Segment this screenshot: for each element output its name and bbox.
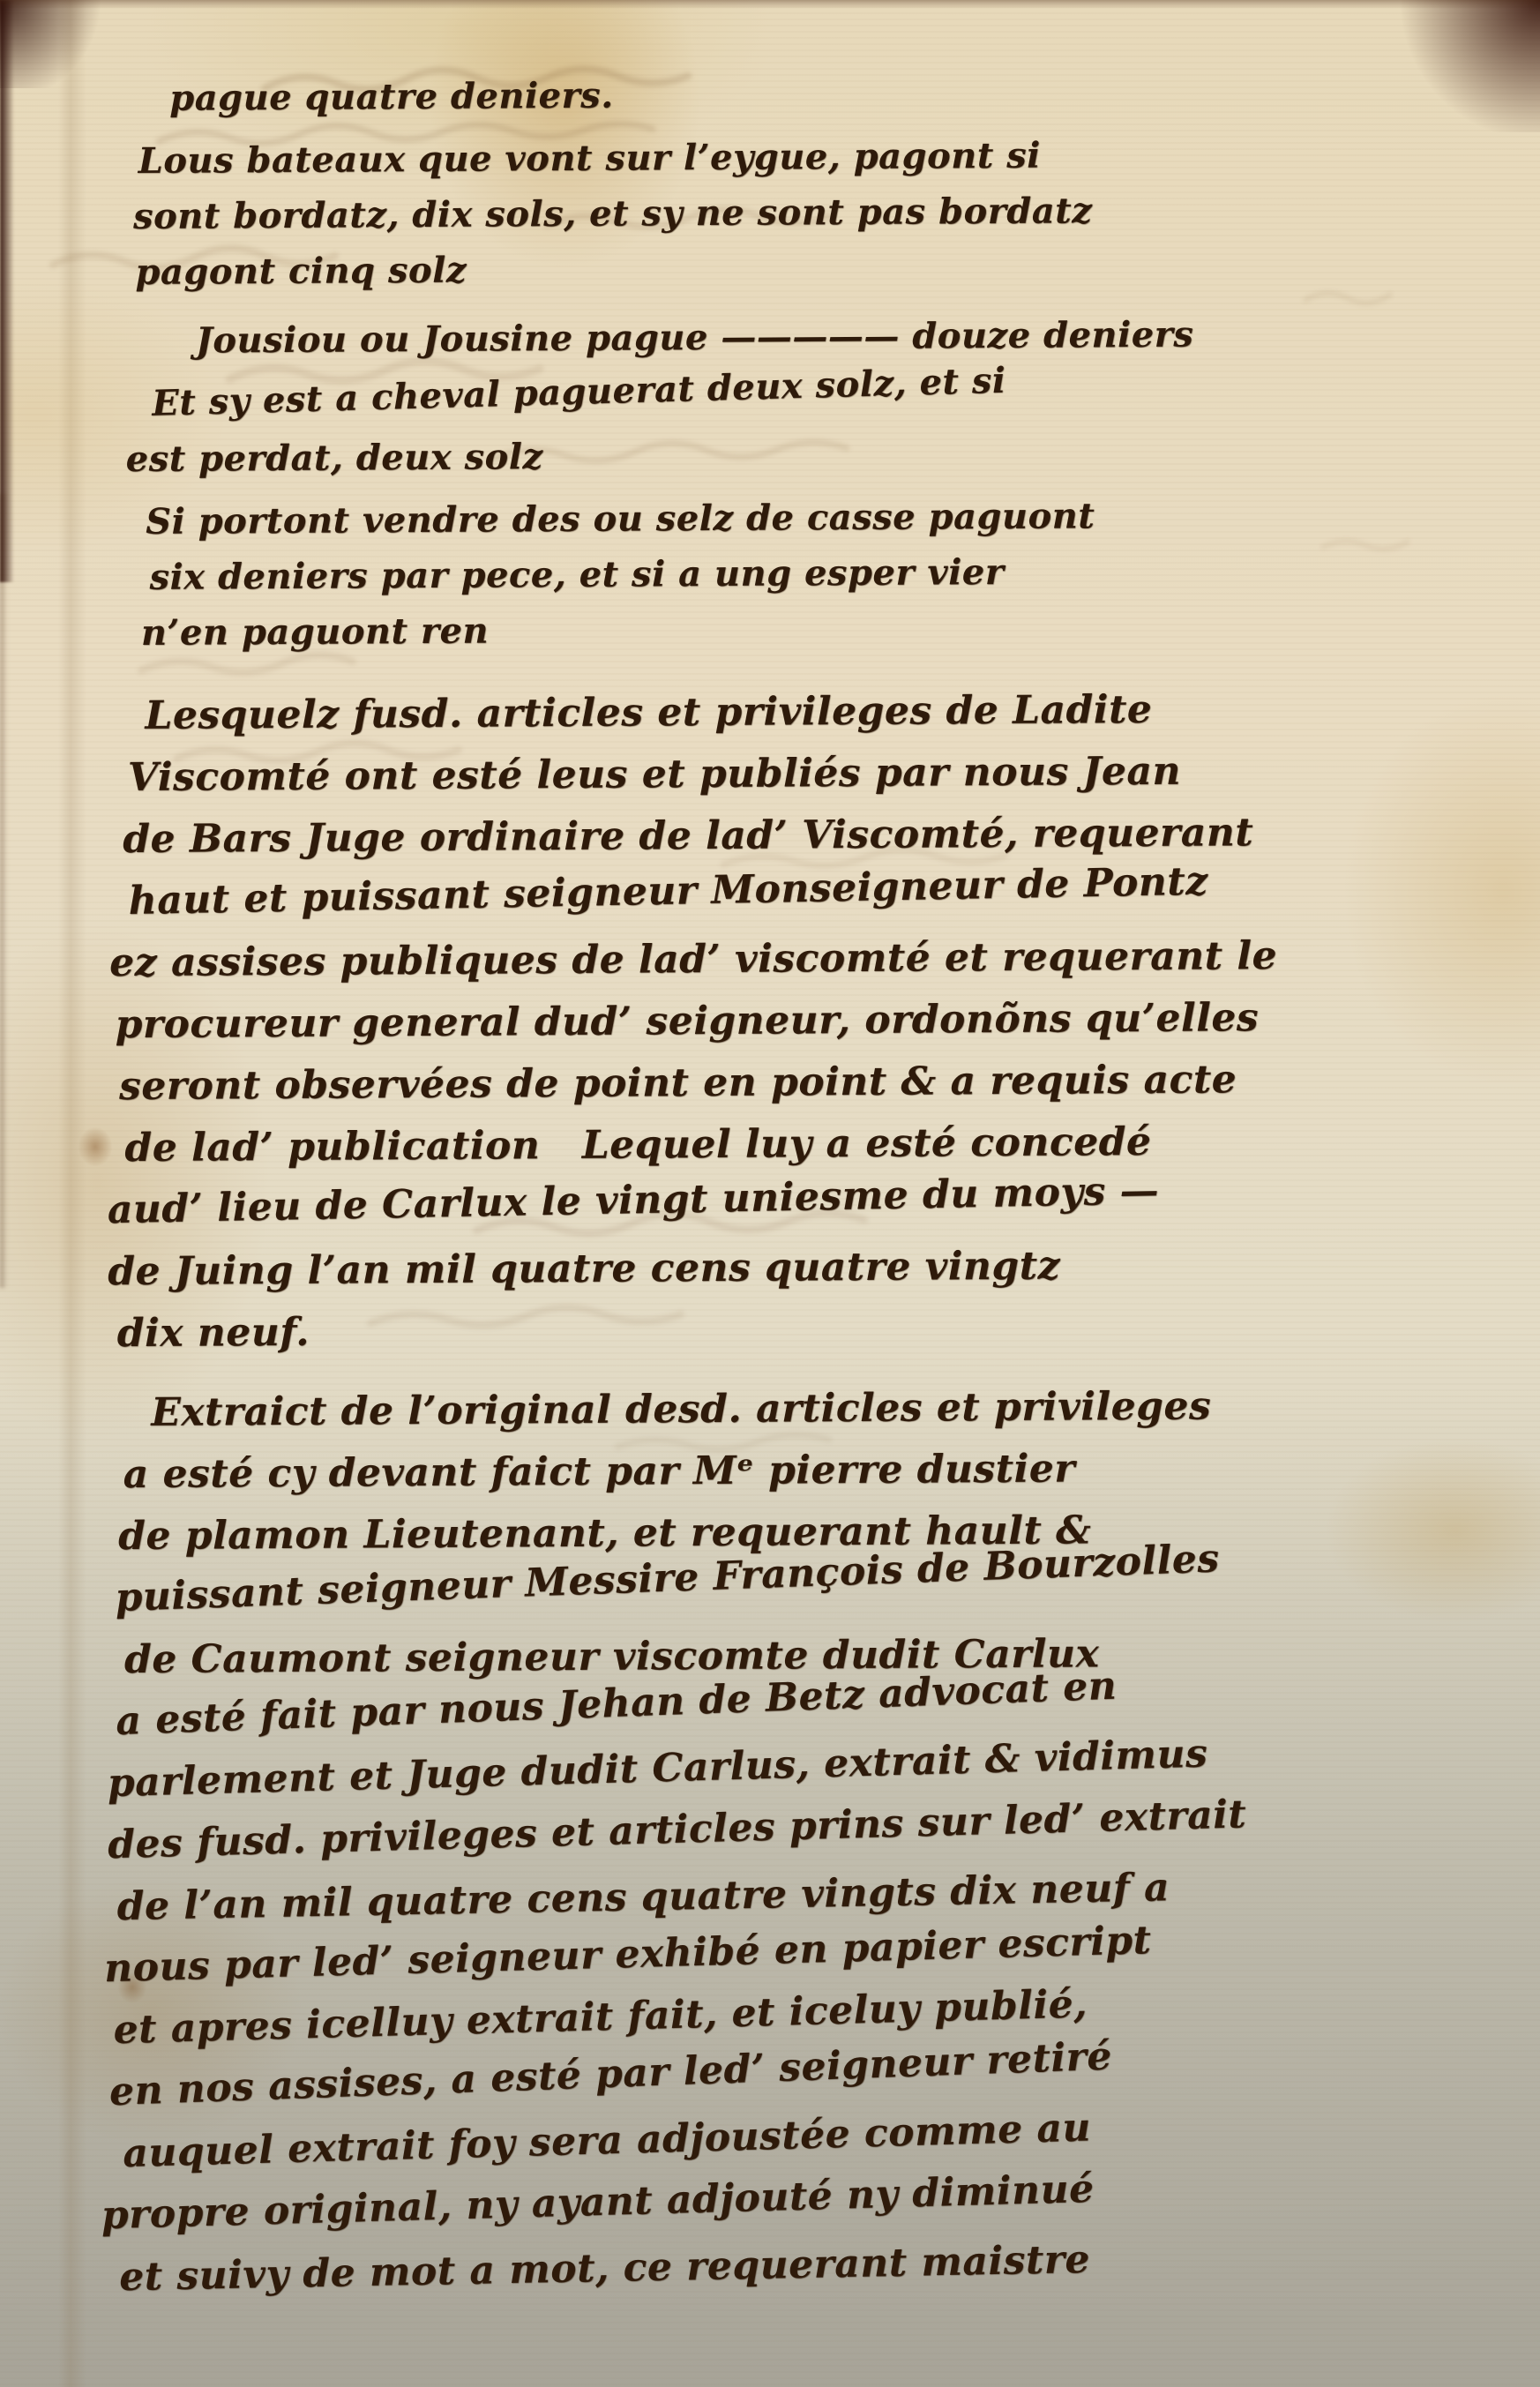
paragraph: pague quatre deniers. — [132, 63, 1420, 126]
manuscript-text: pague quatre deniers. Lous bateaux que v… — [132, 63, 1433, 2308]
paragraph: Si portont vendre des ou selz de casse p… — [135, 486, 1424, 661]
paragraph: Lesquelz fusd. articles et privileges de… — [136, 677, 1428, 1365]
page-edge-left-shadow — [0, 0, 14, 582]
text-line: pague quatre deniers. — [169, 63, 1420, 126]
text-line: Extraict de l’original desd. articles et… — [151, 1374, 1428, 1444]
text-line: sont bordatz, dix sols, et sy ne sont pa… — [133, 181, 1421, 244]
page-edge-left-shadow-lower — [0, 494, 7, 1288]
text-line: dix neuf. — [117, 1295, 1428, 1365]
text-line: pagont cinq solz — [135, 236, 1421, 300]
text-line: Viscomté ont esté leus et publiés par no… — [128, 739, 1424, 809]
text-line: procureur general dud’ seigneur, ordonõn… — [115, 986, 1425, 1056]
text-line: de Juing l’an mil quatre cens quatre vin… — [108, 1233, 1427, 1303]
text-line: est perdat, deux solz — [125, 423, 1422, 487]
text-line: six deniers par pece, et si a ung esper … — [149, 542, 1423, 605]
text-line: Lesquelz fusd. articles et privileges de… — [145, 677, 1424, 747]
corner-shadow-top-left — [0, 0, 115, 88]
manuscript-page: pague quatre deniers. Lous bateaux que v… — [0, 0, 1540, 2387]
paragraph: Lous bateaux que vont sur l’eygue, pagon… — [132, 125, 1421, 300]
text-line: n’en paguont ren — [141, 597, 1424, 661]
text-line: Lous bateaux que vont sur l’eygue, pagon… — [138, 125, 1420, 189]
page-edge-top-shadow — [0, 0, 1540, 9]
paragraph: Et sy est a cheval paguerat deux solz, e… — [134, 368, 1423, 487]
text-line: Si portont vendre des ou selz de casse p… — [146, 486, 1423, 550]
text-line: a esté cy devant faict par Mᵉ pierre dus… — [123, 1436, 1429, 1506]
text-line: seront observées de point en point & a r… — [119, 1048, 1426, 1118]
paragraph: Extraict de l’original desd. articles et… — [140, 1374, 1433, 2308]
text-line: ez assises publiques de lad’ viscomté et… — [109, 924, 1425, 994]
